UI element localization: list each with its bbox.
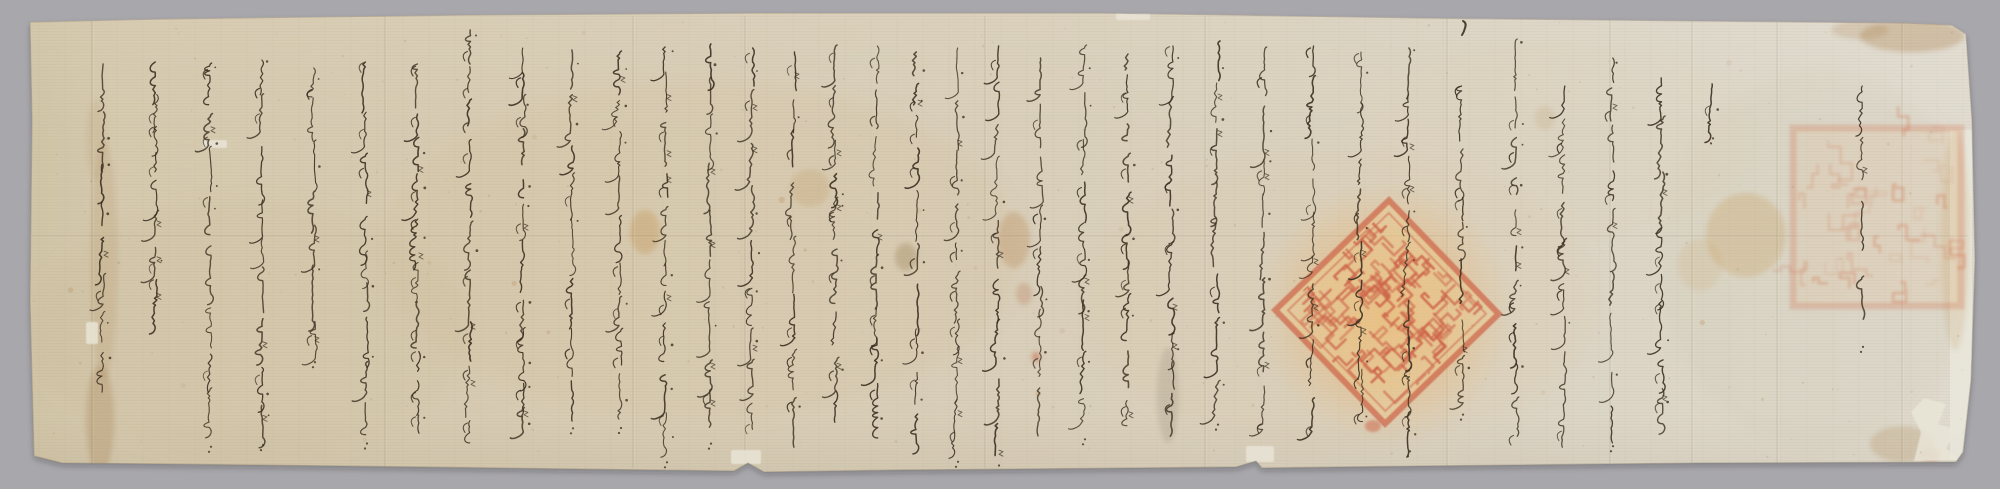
paper-sheet — [0, 0, 2000, 489]
faint-seal-impression — [1773, 106, 1965, 306]
stain — [1678, 239, 1722, 291]
stain — [895, 243, 917, 271]
stain — [1032, 352, 1040, 362]
stain — [1157, 347, 1179, 443]
paper-chip — [1246, 446, 1274, 462]
paper-chip — [86, 322, 98, 344]
stain — [998, 212, 1030, 268]
stain — [86, 365, 114, 475]
stain — [1832, 21, 1888, 39]
stain — [790, 169, 830, 207]
stain — [1016, 283, 1032, 305]
photo-canvas — [0, 0, 2000, 489]
seal-smudge — [1365, 420, 1381, 432]
paper-chip — [731, 450, 761, 464]
manuscript-scroll-photo — [0, 0, 2000, 489]
